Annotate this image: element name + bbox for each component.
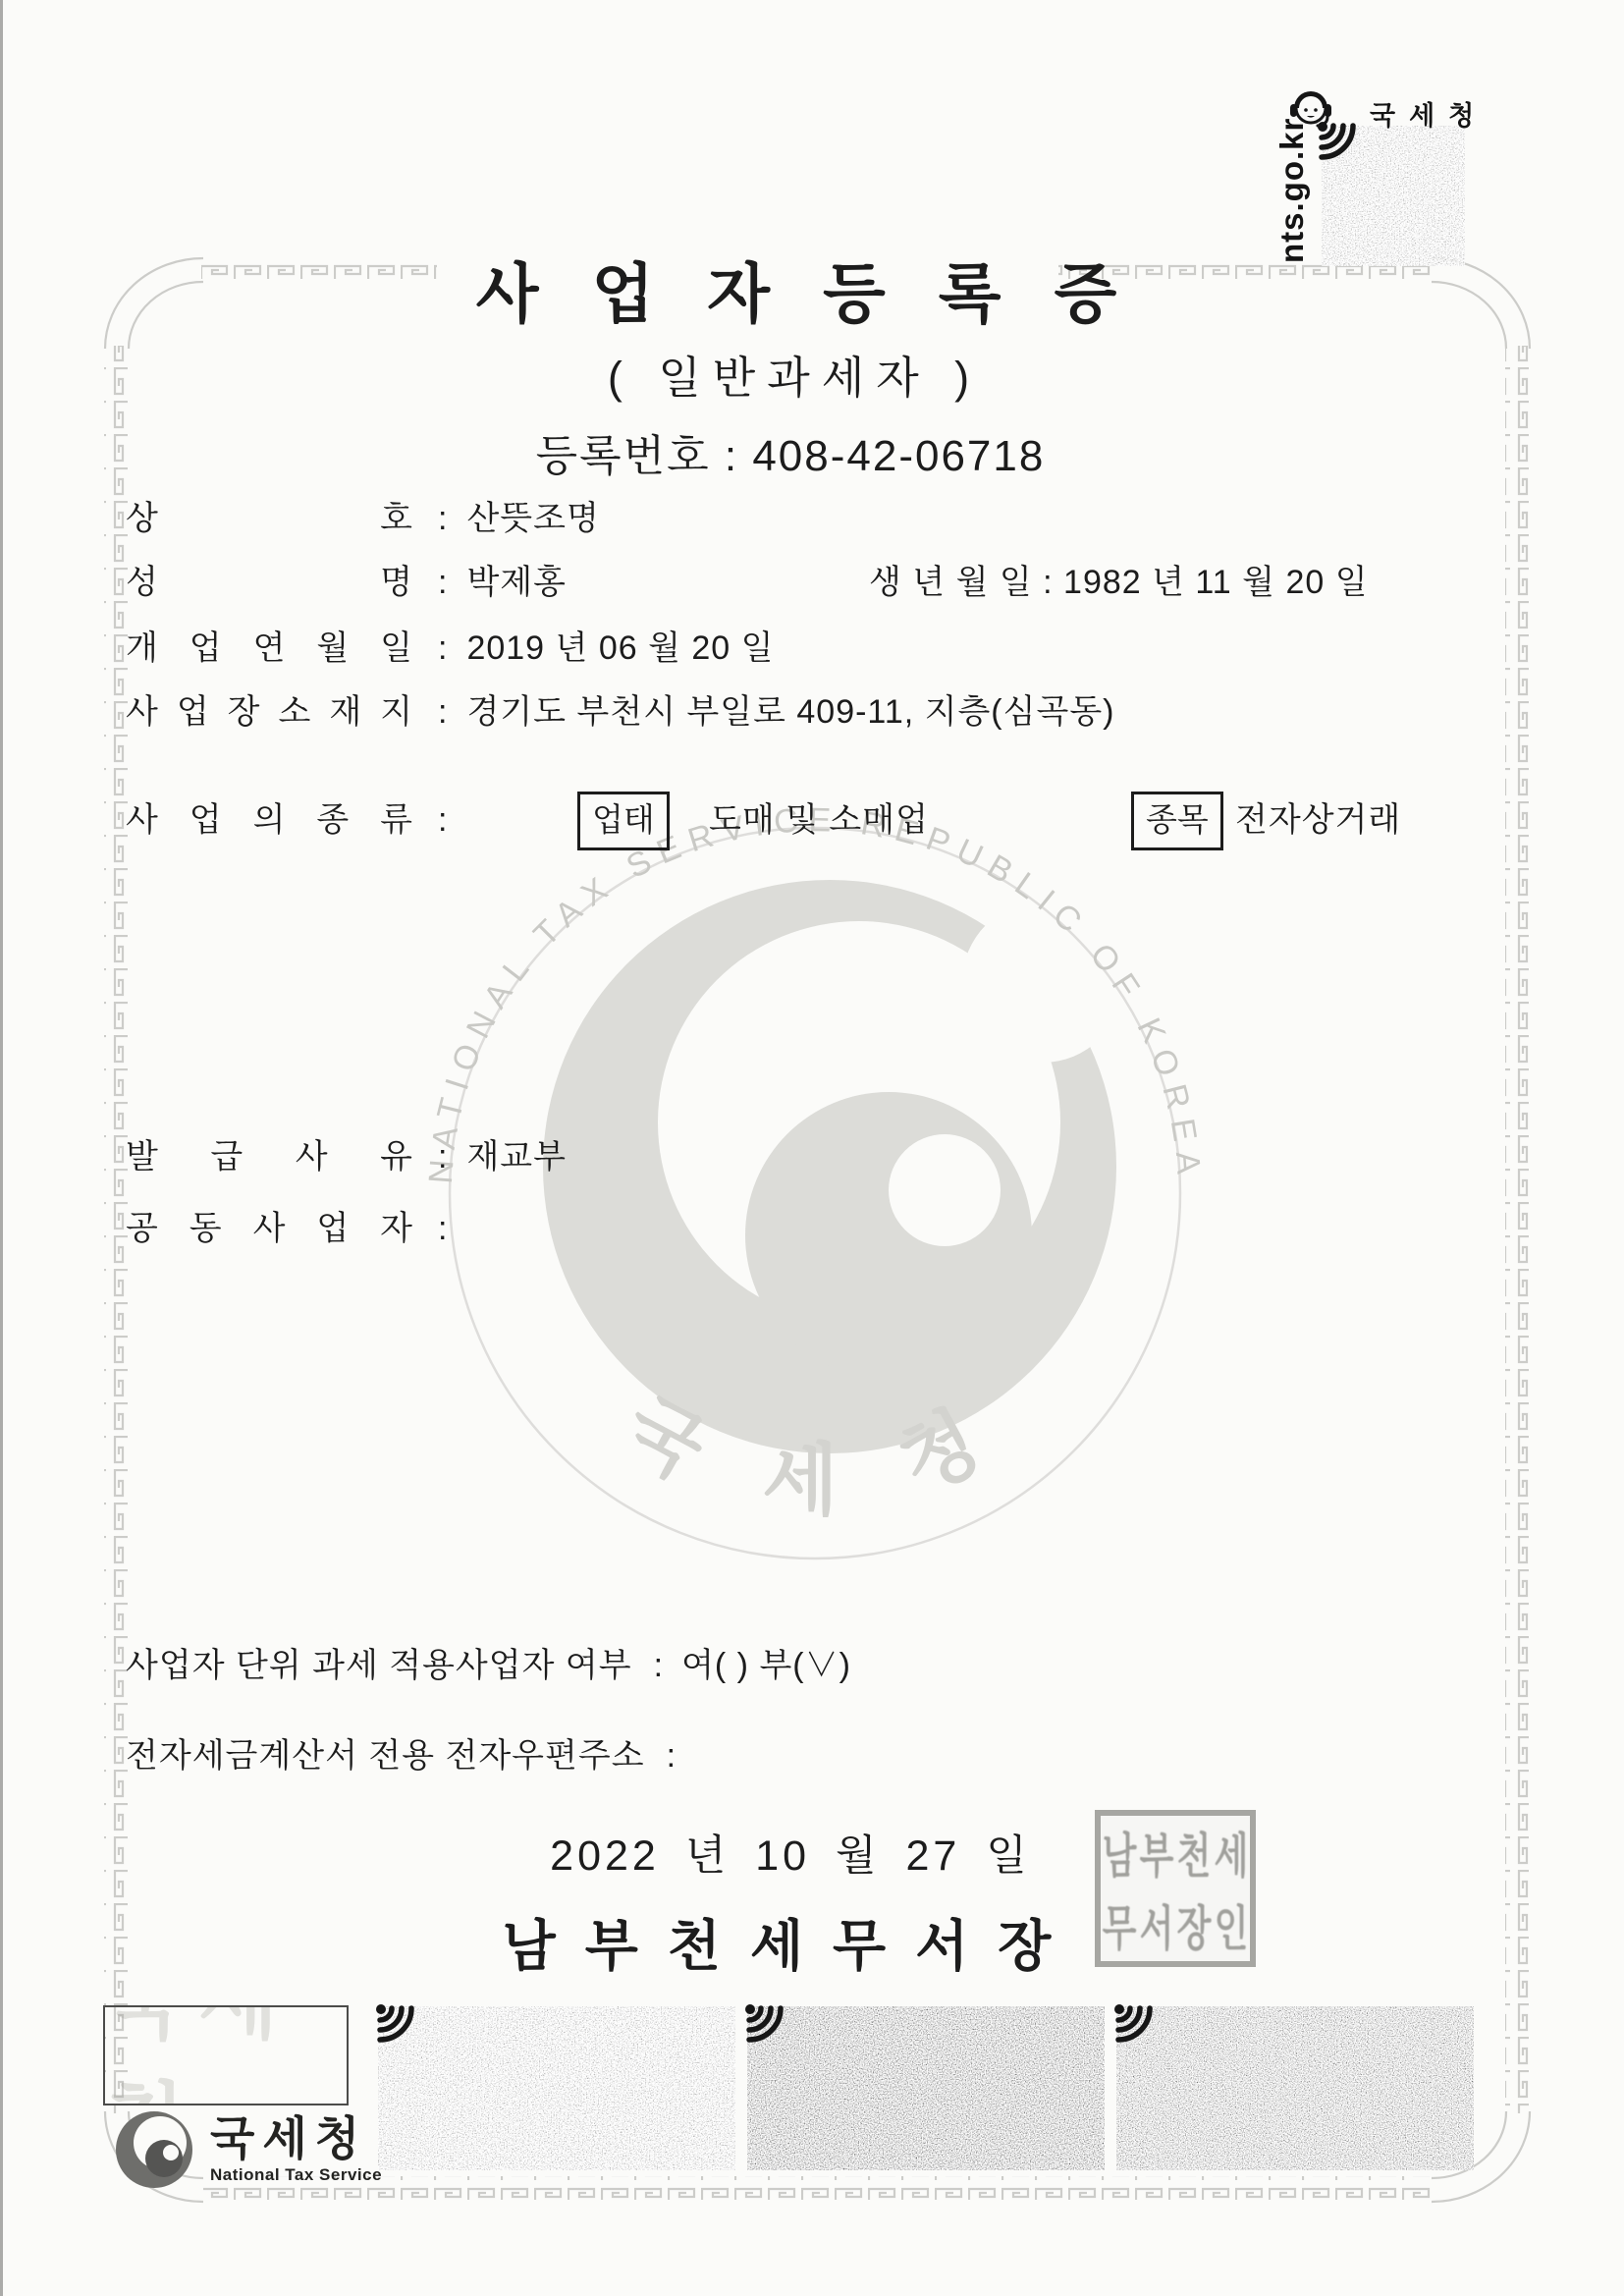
field-value: 박제홍 xyxy=(466,560,567,605)
ghost-print-text: 국세청 xyxy=(105,2005,347,2105)
separator: : xyxy=(654,1647,664,1684)
security-noise-strip-3 xyxy=(1116,2006,1474,2170)
seal-char: 무 xyxy=(1101,1876,1138,1974)
business-item-value: 전자상거래 xyxy=(1235,797,1401,843)
registration-number-line: 등록번호 : 408-42-06718 xyxy=(0,420,1602,483)
separator: : xyxy=(438,496,447,541)
field-label: 공동사업자 xyxy=(126,1206,412,1251)
seal-char: 서 xyxy=(1138,1876,1175,1974)
field-value: 2019 년 06 월 20 일 xyxy=(466,626,774,671)
issue-date: 2022 년 10 월 27 일 xyxy=(0,1823,1602,1883)
field-value: 경기도 부천시 부일로 409-11, 지층(심곡동) xyxy=(466,689,1114,735)
seal-char: 인 xyxy=(1213,1876,1250,1974)
footer-agency-name-en: National Tax Service xyxy=(210,2165,382,2185)
unit-tax-label: 사업자 단위 과세 적용사업자 여부 xyxy=(126,1647,632,1684)
certificate-page: NATIONAL TAX SERVICE REPUBLIC OF KOREA 국… xyxy=(0,0,1624,2296)
row-opening-date: 개업연월일 : 2019 년 06 월 20 일 xyxy=(126,626,775,671)
business-type-value: 도매 및 소매업 xyxy=(709,797,929,843)
business-type-badge: 업태 xyxy=(577,792,670,850)
separator: : xyxy=(667,1737,677,1775)
official-seal-stamp: 남 부 천 세 무 서 장 인 xyxy=(1095,1810,1256,1967)
nts-website-vertical: nts.go.kr xyxy=(1273,47,1311,263)
seal-char: 장 xyxy=(1175,1876,1213,1974)
nts-footer-logo: 국세청 National Tax Service xyxy=(114,2109,382,2190)
e-invoice-line: 전자세금계산서 전용 전자우편주소: xyxy=(126,1728,694,1777)
issuing-office: 남부천세무서장 xyxy=(0,1903,1589,1982)
field-label: 성명 xyxy=(126,560,412,605)
row-co-business: 공동사업자 : xyxy=(126,1206,466,1251)
separator: : xyxy=(438,626,447,671)
separator: : xyxy=(438,689,447,735)
security-noise-strip-2 xyxy=(747,2006,1105,2170)
field-value: 재교부 xyxy=(466,1134,567,1179)
taxpayer-type-subtitle: ( 일반과세자 ) xyxy=(0,342,1606,406)
field-label: 사업장소재지 xyxy=(126,689,412,735)
unit-tax-line: 사업자 단위 과세 적용사업자 여부:여( ) 부(∨) xyxy=(126,1638,851,1686)
row-issue-reason: 발급사유 : 재교부 xyxy=(126,1134,567,1179)
separator: : xyxy=(438,1134,447,1179)
business-item-badge: 종목 xyxy=(1131,792,1223,850)
footer-agency-name: 국세청 xyxy=(210,2114,382,2163)
birth-date: 생 년 월 일 : 1982 년 11 월 20 일 xyxy=(869,560,1369,605)
unit-tax-value: 여( ) 부(∨) xyxy=(681,1647,851,1684)
separator: : xyxy=(438,560,447,605)
separator: : xyxy=(438,797,447,843)
row-trade-name: 상호 : 산뜻조명 xyxy=(126,496,600,541)
security-noise-strip-1 xyxy=(378,2006,735,2170)
certificate-title: 사업자등록증 xyxy=(0,242,1608,335)
e-invoice-label: 전자세금계산서 전용 전자우편주소 xyxy=(126,1737,645,1775)
field-label: 상호 xyxy=(126,496,412,541)
row-owner-name: 성명 : 박제홍 생 년 월 일 : 1982 년 11 월 20 일 xyxy=(126,560,567,605)
separator: : xyxy=(438,1206,447,1251)
field-value: 산뜻조명 xyxy=(466,496,599,541)
field-label: 개업연월일 xyxy=(126,626,412,671)
field-label: 사업의종류 xyxy=(126,797,412,843)
field-label: 발급사유 xyxy=(126,1134,412,1179)
taegeuk-logo-icon xyxy=(114,2109,194,2190)
row-business-type: 사업의종류 : 업태 도매 및 소매업 종목 전자상거래 xyxy=(126,797,466,843)
ghost-print-box: 국세청 xyxy=(103,2005,349,2105)
row-business-address: 사업장소재지 : 경기도 부천시 부일로 409-11, 지층(심곡동) xyxy=(126,689,1115,735)
agency-name-top: 국세청 xyxy=(1370,94,1488,133)
